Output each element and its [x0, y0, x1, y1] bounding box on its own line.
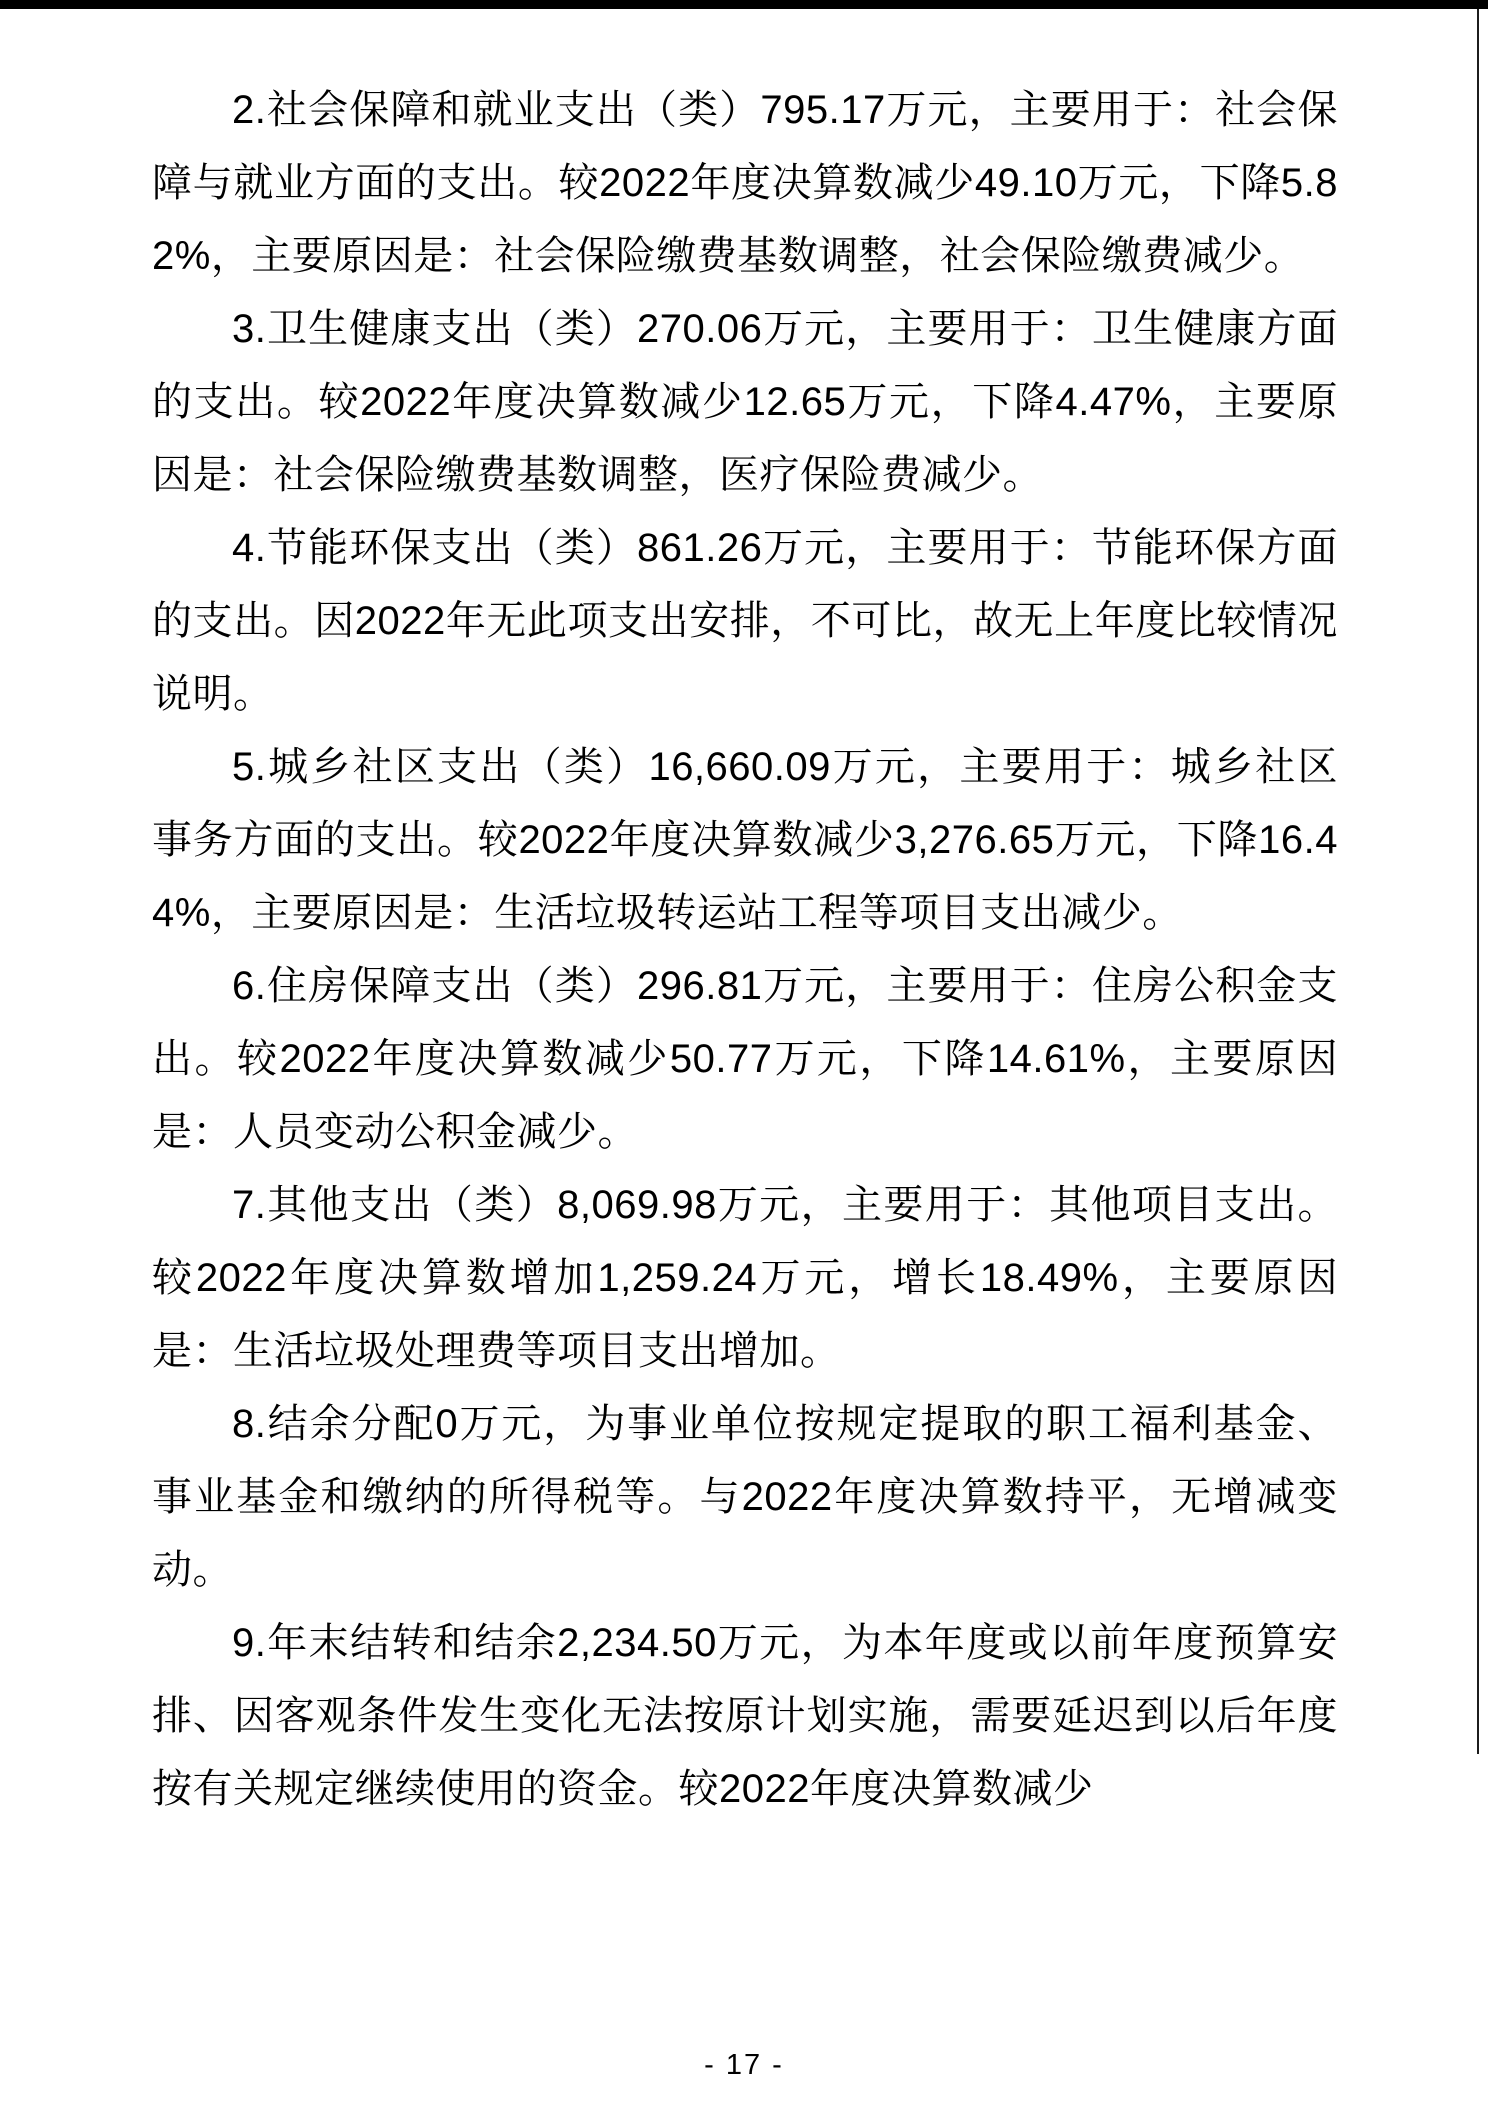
paragraph-health-expenditure: 3.卫生健康支出（类）270.06万元，主要用于：卫生健康方面的支出。较2022… — [152, 293, 1338, 512]
paragraph-urban-rural-community-expenditure: 5.城乡社区支出（类）16,660.09万元，主要用于：城乡社区事务方面的支出。… — [152, 731, 1338, 950]
paragraph-housing-security-expenditure: 6.住房保障支出（类）296.81万元，主要用于：住房公积金支出。较2022年度… — [152, 950, 1338, 1169]
document-page: 2.社会保障和就业支出（类）795.17万元，主要用于：社会保障与就业方面的支出… — [0, 0, 1488, 2104]
page-body-text: 2.社会保障和就业支出（类）795.17万元，主要用于：社会保障与就业方面的支出… — [152, 74, 1338, 1826]
paragraph-year-end-carryover: 9.年末结转和结余2,234.50万元，为本年度或以前年度预算安排、因客观条件发… — [152, 1607, 1338, 1826]
paragraph-energy-conservation-expenditure: 4.节能环保支出（类）861.26万元，主要用于：节能环保方面的支出。因2022… — [152, 512, 1338, 731]
paragraph-other-expenditure: 7.其他支出（类）8,069.98万元，主要用于：其他项目支出。较2022年度决… — [152, 1169, 1338, 1388]
page-number: - 17 - — [0, 2049, 1488, 2082]
page-top-scan-edge — [0, 0, 1488, 9]
page-right-scan-edge — [1477, 9, 1479, 1754]
paragraph-social-security-expenditure: 2.社会保障和就业支出（类）795.17万元，主要用于：社会保障与就业方面的支出… — [152, 74, 1338, 293]
paragraph-surplus-distribution: 8.结余分配0万元，为事业单位按规定提取的职工福利基金、事业基金和缴纳的所得税等… — [152, 1388, 1338, 1607]
